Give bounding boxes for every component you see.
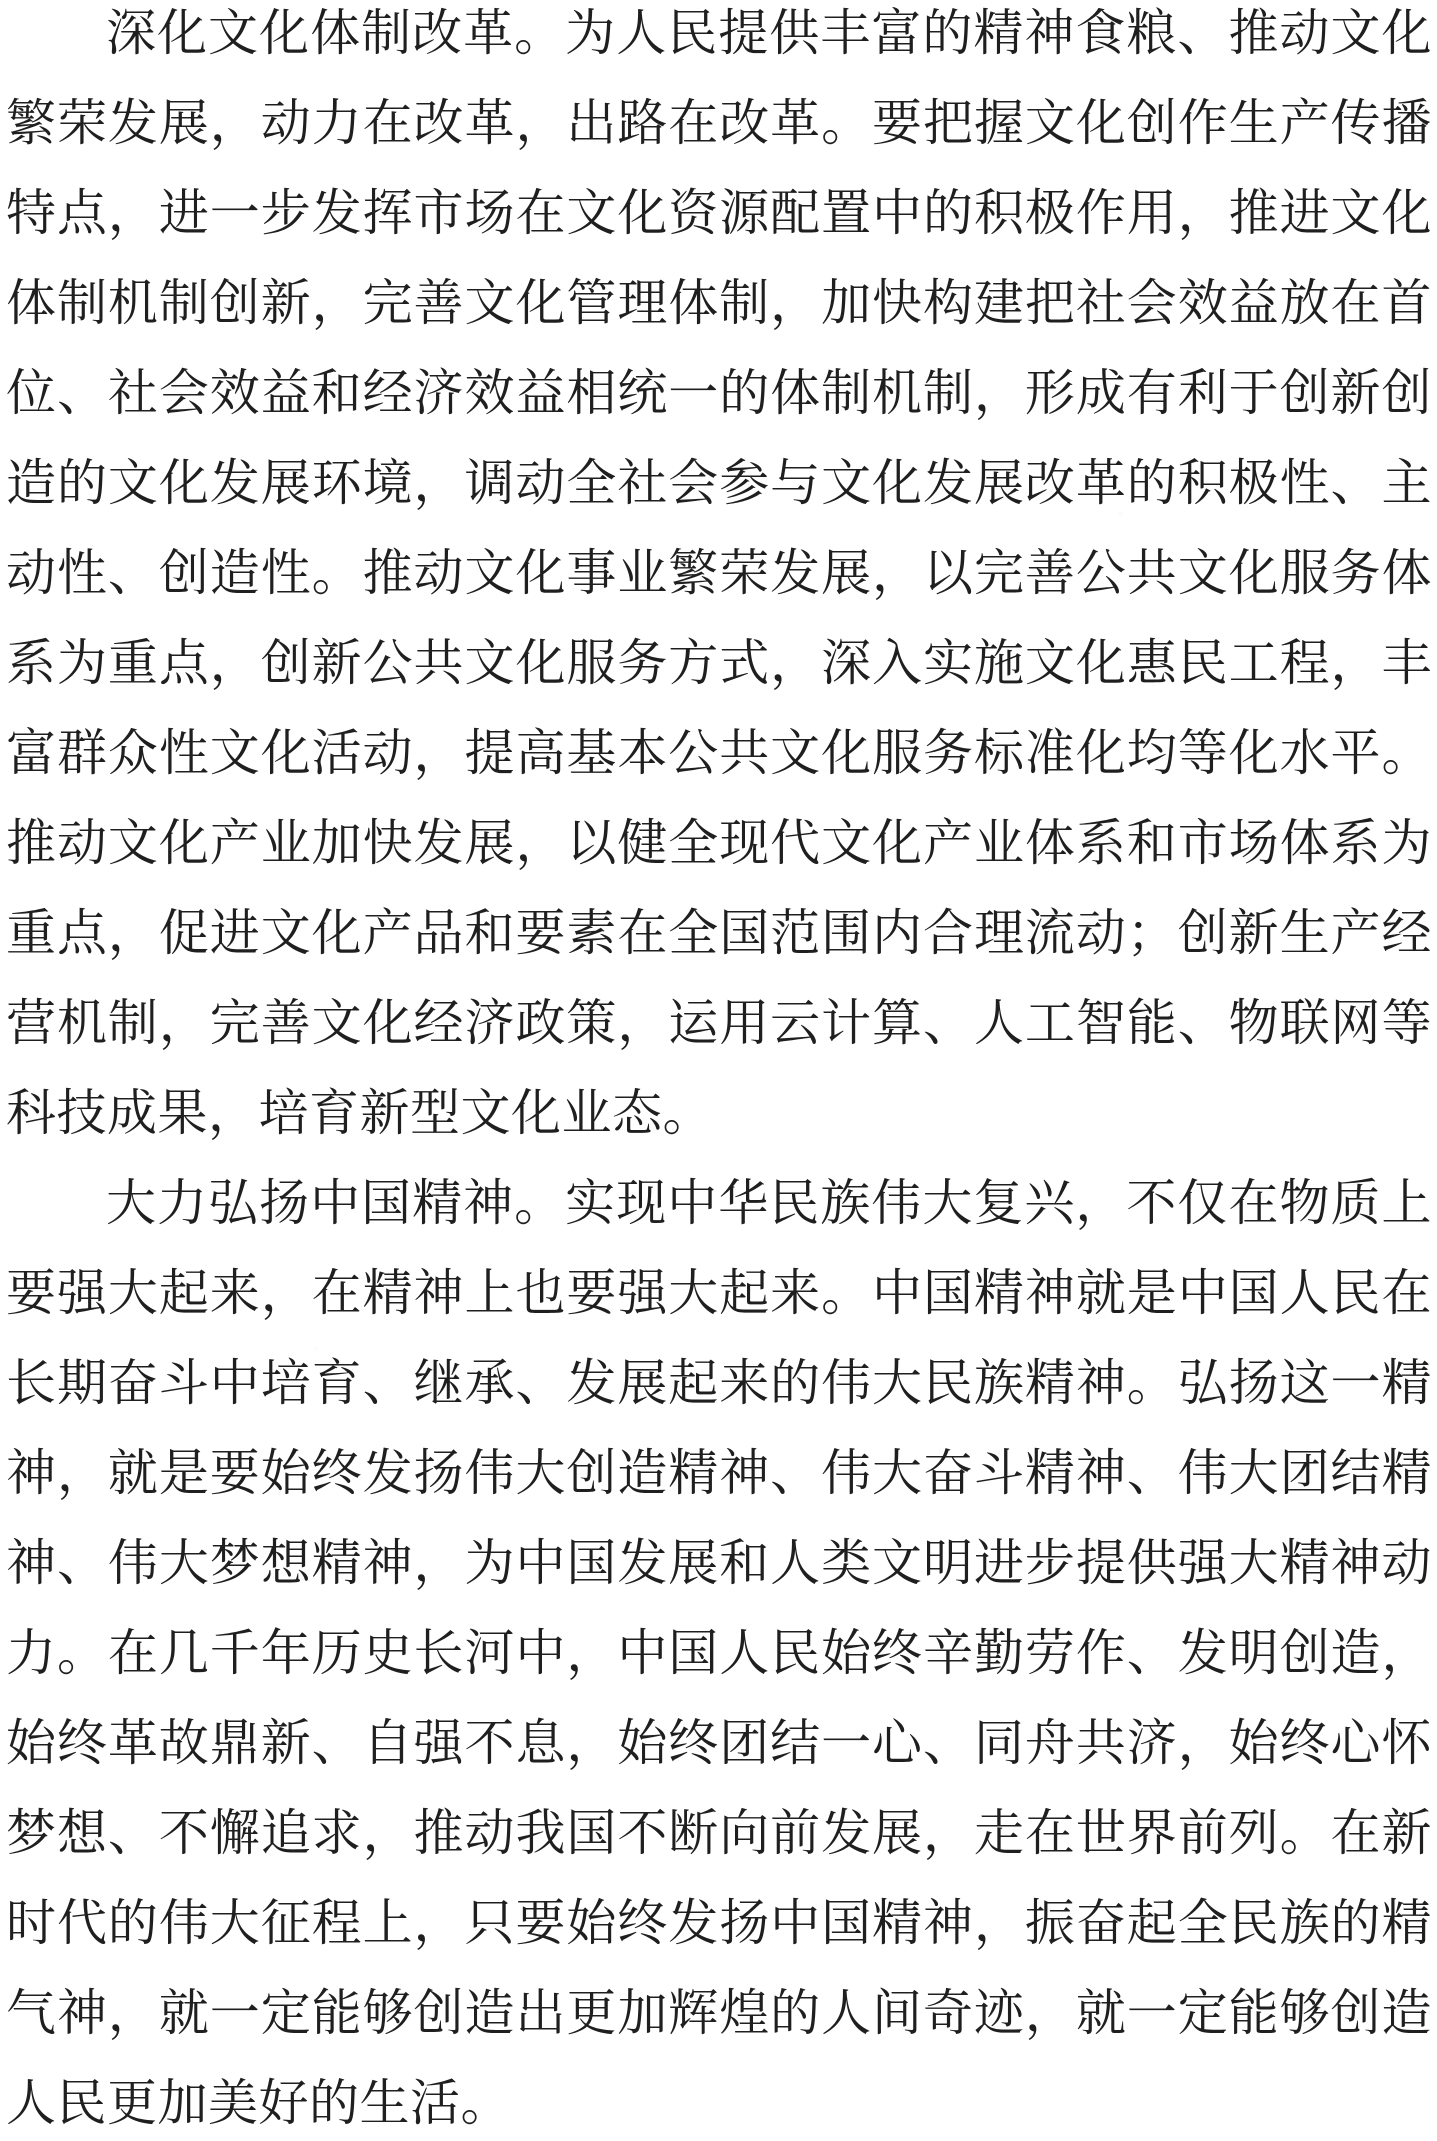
scanned-page: 深化文化体制改革。为人民提供丰富的精神食粮、推动文化繁荣发展，动力在改革，出路在… [0,0,1437,2141]
paragraph-culture-system-reform: 深化文化体制改革。为人民提供丰富的精神食粮、推动文化繁荣发展，动力在改革，出路在… [6,0,1432,1158]
body-text-block: 深化文化体制改革。为人民提供丰富的精神食粮、推动文化繁荣发展，动力在改革，出路在… [6,0,1432,2141]
paragraph-chinese-spirit: 大力弘扬中国精神。实现中华民族伟大复兴，不仅在物质上要强大起来，在精神上也要强大… [6,1158,1432,2141]
